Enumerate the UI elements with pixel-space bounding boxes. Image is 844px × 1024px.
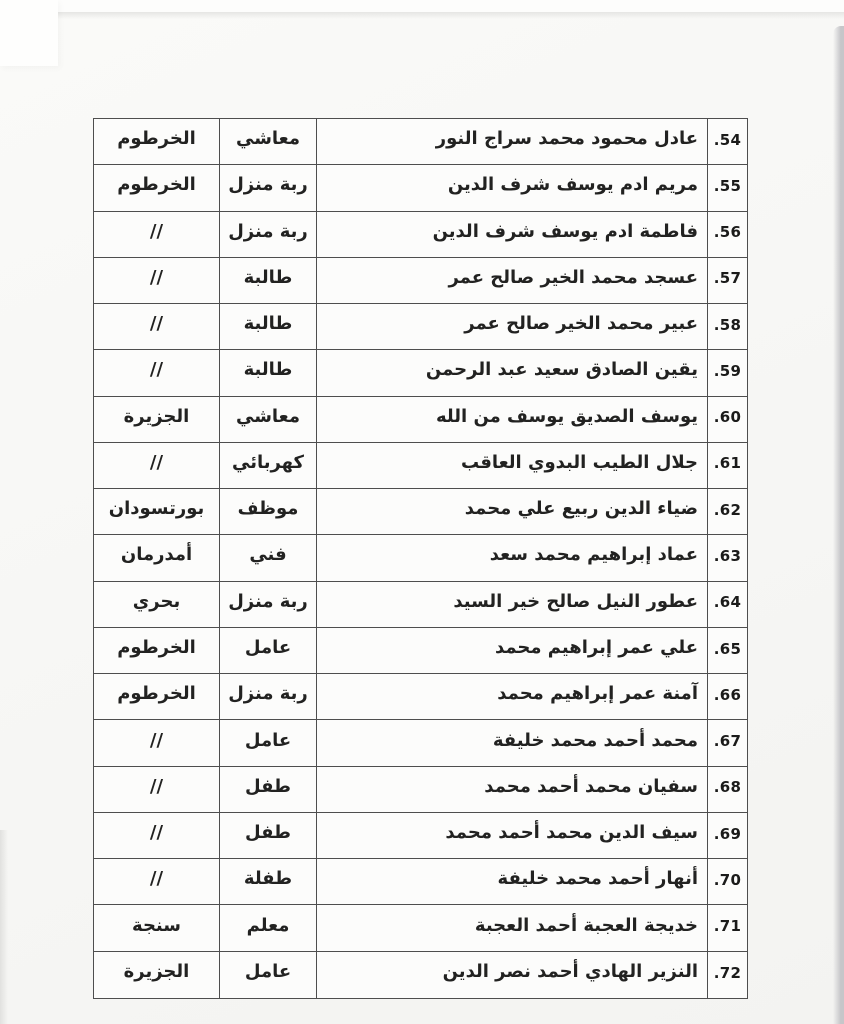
location-cell: //	[94, 443, 219, 488]
row-number-cell: .54	[707, 119, 747, 164]
row-number-cell: .70	[707, 859, 747, 904]
table-row: .57عسجد محمد الخير صالح عمرطالبة//	[94, 258, 747, 304]
table-row: .58عبير محمد الخير صالح عمرطالبة//	[94, 304, 747, 350]
name-cell: يقين الصادق سعيد عبد الرحمن	[316, 350, 707, 395]
location-cell: أمدرمان	[94, 535, 219, 580]
name-cell: عبير محمد الخير صالح عمر	[316, 304, 707, 349]
residents-table: .54عادل محمود محمد سراج النورمعاشيالخرطو…	[93, 118, 748, 999]
location-cell: الخرطوم	[94, 165, 219, 210]
table-row: .68سفيان محمد أحمد محمدطفل//	[94, 767, 747, 813]
location-cell: الخرطوم	[94, 674, 219, 719]
name-cell: علي عمر إبراهيم محمد	[316, 628, 707, 673]
occupation-cell: طالبة	[219, 258, 316, 303]
occupation-cell: ربة منزل	[219, 165, 316, 210]
name-cell: النزير الهادي أحمد نصر الدين	[316, 952, 707, 998]
name-cell: ضياء الدين ربيع علي محمد	[316, 489, 707, 534]
occupation-cell: طالبة	[219, 350, 316, 395]
occupation-cell: معاشي	[219, 119, 316, 164]
table-row: .70أنهار أحمد محمد خليفةطفلة//	[94, 859, 747, 905]
location-cell: الجزيرة	[94, 397, 219, 442]
row-number-cell: .58	[707, 304, 747, 349]
location-cell: //	[94, 813, 219, 858]
name-cell: يوسف الصديق يوسف من الله	[316, 397, 707, 442]
row-number-cell: .60	[707, 397, 747, 442]
table-row: .61جلال الطيب البدوي العاقبكهربائي//	[94, 443, 747, 489]
location-cell: بحري	[94, 582, 219, 627]
name-cell: خديجة العجبة أحمد العجبة	[316, 905, 707, 950]
name-cell: آمنة عمر إبراهيم محمد	[316, 674, 707, 719]
table-row: .62ضياء الدين ربيع علي محمدموظفبورتسودان	[94, 489, 747, 535]
row-number-cell: .72	[707, 952, 747, 998]
name-cell: عماد إبراهيم محمد سعد	[316, 535, 707, 580]
occupation-cell: طفل	[219, 813, 316, 858]
table-row: .64عطور النيل صالح خير السيدربة منزلبحري	[94, 582, 747, 628]
row-number-cell: .68	[707, 767, 747, 812]
occupation-cell: فني	[219, 535, 316, 580]
row-number-cell: .61	[707, 443, 747, 488]
name-cell: سيف الدين محمد أحمد محمد	[316, 813, 707, 858]
occupation-cell: طالبة	[219, 304, 316, 349]
name-cell: مريم ادم يوسف شرف الدين	[316, 165, 707, 210]
row-number-cell: .67	[707, 720, 747, 765]
row-number-cell: .69	[707, 813, 747, 858]
occupation-cell: كهربائي	[219, 443, 316, 488]
table-row: .67محمد أحمد محمد خليفةعامل//	[94, 720, 747, 766]
name-cell: فاطمة ادم يوسف شرف الدين	[316, 212, 707, 257]
location-cell: //	[94, 350, 219, 395]
photo-right-edge	[833, 26, 844, 1024]
table-row: .54عادل محمود محمد سراج النورمعاشيالخرطو…	[94, 119, 747, 165]
table-row: .60يوسف الصديق يوسف من اللهمعاشيالجزيرة	[94, 397, 747, 443]
table-row: .56فاطمة ادم يوسف شرف الدينربة منزل//	[94, 212, 747, 258]
row-number-cell: .62	[707, 489, 747, 534]
location-cell: سنجة	[94, 905, 219, 950]
row-number-cell: .63	[707, 535, 747, 580]
row-number-cell: .71	[707, 905, 747, 950]
location-cell: //	[94, 212, 219, 257]
photo-top-edge	[0, 0, 844, 12]
name-cell: عادل محمود محمد سراج النور	[316, 119, 707, 164]
location-cell: الجزيرة	[94, 952, 219, 998]
location-cell: //	[94, 258, 219, 303]
name-cell: عسجد محمد الخير صالح عمر	[316, 258, 707, 303]
occupation-cell: طفل	[219, 767, 316, 812]
table-row: .55مريم ادم يوسف شرف الدينربة منزلالخرطو…	[94, 165, 747, 211]
row-number-cell: .65	[707, 628, 747, 673]
table-row: .71خديجة العجبة أحمد العجبةمعلمسنجة	[94, 905, 747, 951]
row-number-cell: .66	[707, 674, 747, 719]
location-cell: الخرطوم	[94, 628, 219, 673]
table-row: .66آمنة عمر إبراهيم محمدربة منزلالخرطوم	[94, 674, 747, 720]
occupation-cell: معاشي	[219, 397, 316, 442]
table-row: .63عماد إبراهيم محمد سعدفنيأمدرمان	[94, 535, 747, 581]
name-cell: أنهار أحمد محمد خليفة	[316, 859, 707, 904]
name-cell: جلال الطيب البدوي العاقب	[316, 443, 707, 488]
occupation-cell: ربة منزل	[219, 674, 316, 719]
occupation-cell: ربة منزل	[219, 212, 316, 257]
occupation-cell: ربة منزل	[219, 582, 316, 627]
table-row: .69سيف الدين محمد أحمد محمدطفل//	[94, 813, 747, 859]
table-row: .65علي عمر إبراهيم محمدعاملالخرطوم	[94, 628, 747, 674]
location-cell: //	[94, 304, 219, 349]
location-cell: //	[94, 859, 219, 904]
row-number-cell: .55	[707, 165, 747, 210]
occupation-cell: موظف	[219, 489, 316, 534]
table-row: .59يقين الصادق سعيد عبد الرحمنطالبة//	[94, 350, 747, 396]
row-number-cell: .64	[707, 582, 747, 627]
name-cell: سفيان محمد أحمد محمد	[316, 767, 707, 812]
occupation-cell: طفلة	[219, 859, 316, 904]
document-photo: .54عادل محمود محمد سراج النورمعاشيالخرطو…	[0, 0, 844, 1024]
table-row: .72النزير الهادي أحمد نصر الدينعاملالجزي…	[94, 952, 747, 998]
photo-corner-highlight	[0, 0, 58, 66]
location-cell: //	[94, 767, 219, 812]
photo-top-edge-shadow	[0, 12, 844, 19]
occupation-cell: عامل	[219, 628, 316, 673]
location-cell: //	[94, 720, 219, 765]
name-cell: محمد أحمد محمد خليفة	[316, 720, 707, 765]
location-cell: الخرطوم	[94, 119, 219, 164]
row-number-cell: .57	[707, 258, 747, 303]
occupation-cell: معلم	[219, 905, 316, 950]
row-number-cell: .56	[707, 212, 747, 257]
location-cell: بورتسودان	[94, 489, 219, 534]
occupation-cell: عامل	[219, 720, 316, 765]
photo-left-edge	[0, 830, 8, 1024]
name-cell: عطور النيل صالح خير السيد	[316, 582, 707, 627]
row-number-cell: .59	[707, 350, 747, 395]
occupation-cell: عامل	[219, 952, 316, 998]
